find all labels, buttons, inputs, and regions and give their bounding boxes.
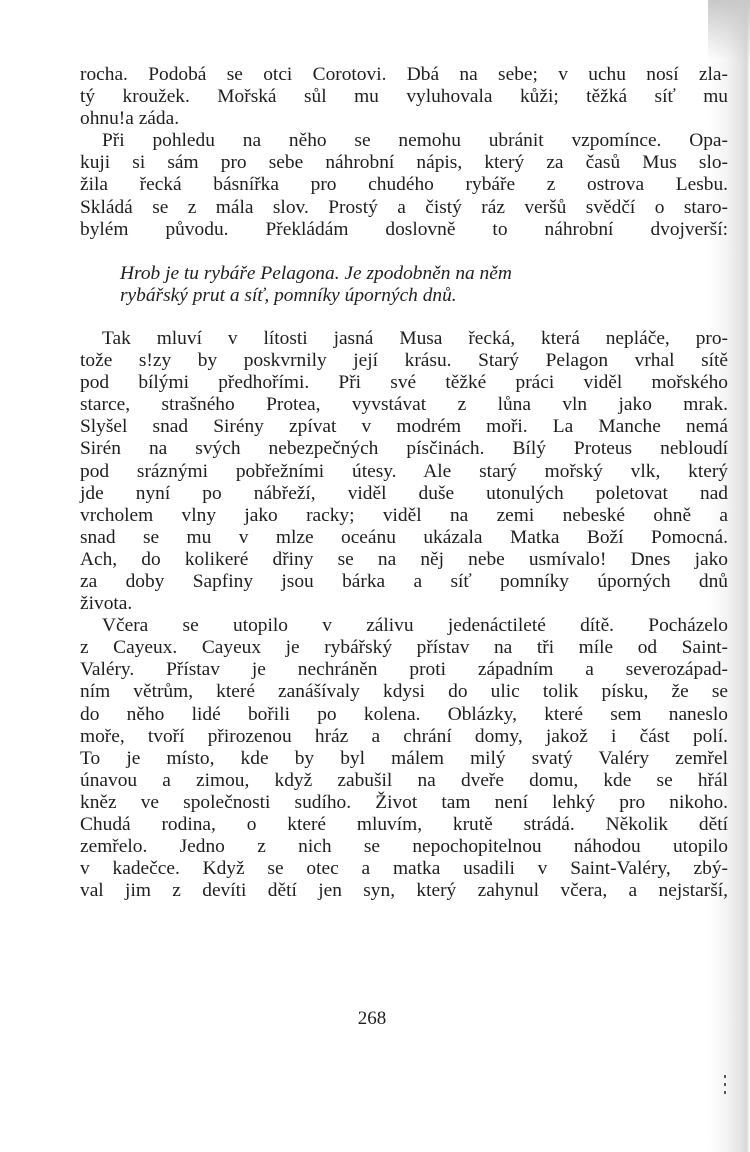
text-line: únavou a zimou, když zabušil na dveře do… (80, 770, 728, 792)
text-line: moře, tvoří přirozenou hráz a chrání dom… (80, 726, 728, 748)
text-line: z Cayeux. Cayeux je rybářský přístav na … (80, 637, 728, 659)
text-line: jde nyní po nábřeží, viděl duše utonulýc… (80, 483, 728, 505)
text-line: snad se mu v mlze oceánu ukázala Matka B… (80, 527, 728, 549)
text-line: ním větrům, které zanášívaly kdysi do ul… (80, 681, 728, 703)
text-line: vrcholem vlny jako racky; viděl na zemi … (80, 505, 728, 527)
verse-epitaph: Hrob je tu rybáře Pelagona. Je zpodobněn… (120, 263, 728, 307)
paragraph: rocha. Podobá se otci Corotovi. Dbá na s… (80, 64, 728, 130)
text-line: Při pohledu na něho se nemohu ubránit vz… (80, 130, 728, 152)
text-line: Valéry. Přístav je nechráněn proti západ… (80, 659, 728, 681)
text-line: tože s!zy by poskvrnily její krásu. Star… (80, 350, 728, 372)
page-body: rocha. Podobá se otci Corotovi. Dbá na s… (80, 64, 728, 902)
text-line: kněz ve společnosti sudího. Život tam ne… (80, 792, 728, 814)
text-line: Chudá rodina, o které mluvím, krutě strá… (80, 814, 728, 836)
binding-marks (724, 1075, 727, 1099)
text-line: Slyšel snad Sirény zpívat v modrém moři.… (80, 416, 728, 438)
text-line: val jim z devíti dětí jen syn, který zah… (80, 880, 728, 902)
text-line: Ach, do kolikeré dřiny se na něj nebe us… (80, 549, 728, 571)
text-line: tý kroužek. Mořská sůl mu vyluhovala kůž… (80, 86, 728, 108)
text-line: kuji si sám pro sebe náhrobní nápis, kte… (80, 152, 728, 174)
text-line: zemřelo. Jedno z nich se nepochopitelnou… (80, 836, 728, 858)
text-line: v kadečce. Když se otec a matka usadili … (80, 858, 728, 880)
page-number: 268 (0, 1008, 750, 1030)
text-line: Včera se utopilo v zálivu jedenáctileté … (80, 615, 728, 637)
text-line: bylém původu. Překládám doslovně to náhr… (80, 219, 728, 241)
text-line: za doby Sapfiny jsou bárka a síť pomníky… (80, 571, 728, 593)
verse-line: Hrob je tu rybáře Pelagona. Je zpodobněn… (120, 263, 728, 285)
paragraph: Tak mluví v lítosti jasná Musa řecká, kt… (80, 328, 728, 615)
page-number-text: 268 (358, 1008, 387, 1029)
paragraph: Včera se utopilo v zálivu jedenáctileté … (80, 615, 728, 902)
text-line: do něho lidé bořili po kolena. Oblázky, … (80, 704, 728, 726)
text-line: To je místo, kde by byl málem milý svatý… (80, 748, 728, 770)
text-line: rocha. Podobá se otci Corotovi. Dbá na s… (80, 64, 728, 86)
text-line: života. (80, 593, 728, 615)
text-line: žila řecká básnířka pro chudého rybáře z… (80, 174, 728, 196)
text-line: pod bílými předhořími. Při své těžké prá… (80, 372, 728, 394)
text-line: Sirén na svých nebezpečných písčinách. B… (80, 438, 728, 460)
text-line: ohnu!a záda. (80, 108, 728, 130)
text-line: starce, strašného Protea, vyvstávat z lů… (80, 394, 728, 416)
text-line: Tak mluví v lítosti jasná Musa řecká, kt… (80, 328, 728, 350)
text-line: pod sráznými pobřežními útesy. Ale starý… (80, 461, 728, 483)
page-corner-shadow (708, 0, 750, 60)
text-line: Skládá se z mála slov. Prostý a čistý rá… (80, 197, 728, 219)
verse-line: rybářský prut a síť, pomníky úporných dn… (120, 285, 728, 307)
paragraph: Při pohledu na něho se nemohu ubránit vz… (80, 130, 728, 240)
